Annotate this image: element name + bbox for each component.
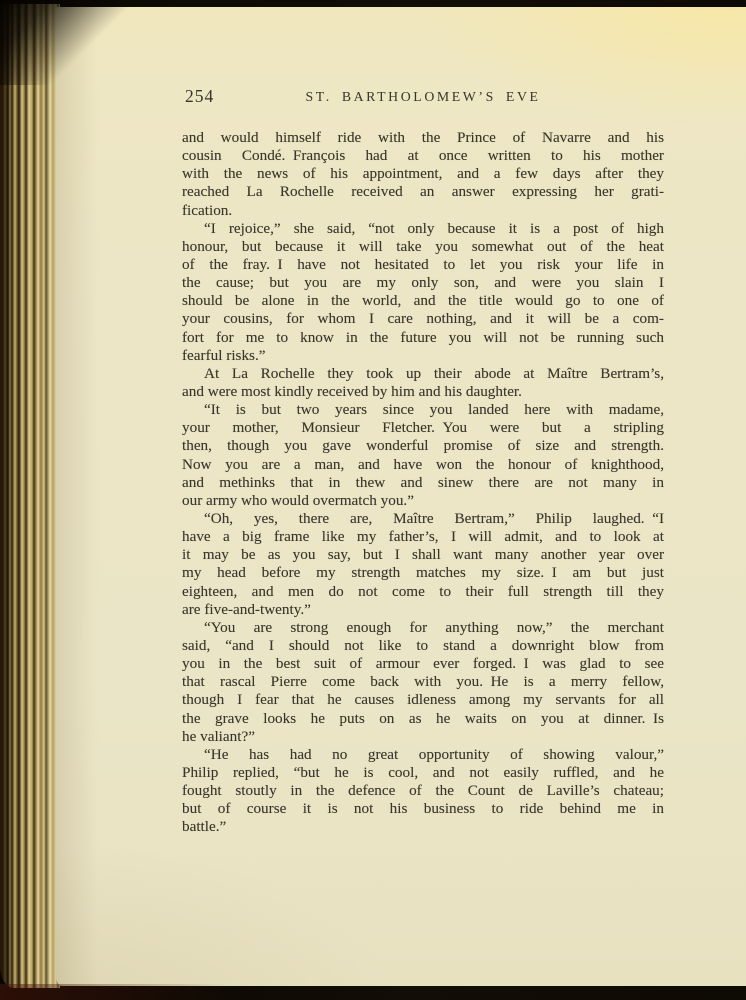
text-line: my head before my strength matches my si… [182,564,664,582]
text-line: eighteen, and men do not come to their f… [182,583,664,601]
text-line: your cousins, for whom I care nothing, a… [182,310,664,328]
text-line: fication. [182,202,664,220]
text-line: that rascal Pierre come back with you. H… [182,673,664,691]
text-line: the grave looks he puts on as he waits o… [182,710,664,728]
text-line: have a big frame like my father’s, I wil… [182,528,664,546]
text-line: our army who would overmatch you.” [182,492,664,510]
text-line: and methinks that in thew and sinew ther… [182,474,664,492]
text-line: cousin Condé. François had at once writt… [182,147,664,165]
text-line: At La Rochelle they took up their abode … [182,365,664,383]
text-line: though I fear that he causes idleness am… [182,691,664,709]
text-line: and were most kindly received by him and… [182,383,664,401]
text-line: it may be as you say, but I shall want m… [182,546,664,564]
text-line: are five-and-twenty.” [182,601,664,619]
text-line: “It is but two years since you landed he… [182,401,664,419]
text-line: battle.” [182,818,664,836]
page-number: 254 [185,86,214,107]
text-line: the cause; but you are my only son, and … [182,274,664,292]
text-line: with the news of his appointment, and a … [182,165,664,183]
text-line: said, “and I should not like to stand a … [182,637,664,655]
text-line: and would himself ride with the Prince o… [182,129,664,147]
book-scan: 254 ST. BARTHOLOMEW’S EVE and would hims… [0,0,746,1000]
book-page: 254 ST. BARTHOLOMEW’S EVE and would hims… [56,7,746,986]
text-line: fort for me to know in the future you wi… [182,329,664,347]
text-line: you in the best suit of armour ever forg… [182,655,664,673]
text-line: of the fray. I have not hesitated to let… [182,256,664,274]
text-line: reached La Rochelle received an answer e… [182,183,664,201]
text-line: honour, but because it will take you som… [182,238,664,256]
text-line: “You are strong enough for anything now,… [182,619,664,637]
text-line: “I rejoice,” she said, “not only because… [182,220,664,238]
text-line: Philip replied, “but he is cool, and not… [182,764,664,782]
text-line: “He has had no great opportunity of show… [182,746,664,764]
text-line: fought stoutly in the defence of the Cou… [182,782,664,800]
text-line: fearful risks.” [182,347,664,365]
text-line: Now you are a man, and have won the hono… [182,456,664,474]
text-line: should be alone in the world, and the ti… [182,292,664,310]
running-title: ST. BARTHOLOMEW’S EVE [182,86,664,105]
text-line: “Oh, yes, there are, Maître Bertram,” Ph… [182,510,664,528]
text-line: but of course it is not his business to … [182,800,664,818]
book-page-edge-stack [0,4,60,988]
page-text-block: and would himself ride with the Prince o… [182,129,664,836]
text-line: then, though you gave wonderful promise … [182,437,664,455]
page-header: 254 ST. BARTHOLOMEW’S EVE [182,86,664,110]
text-line: he valiant?” [182,728,664,746]
text-line: your mother, Monsieur Fletcher. You were… [182,419,664,437]
